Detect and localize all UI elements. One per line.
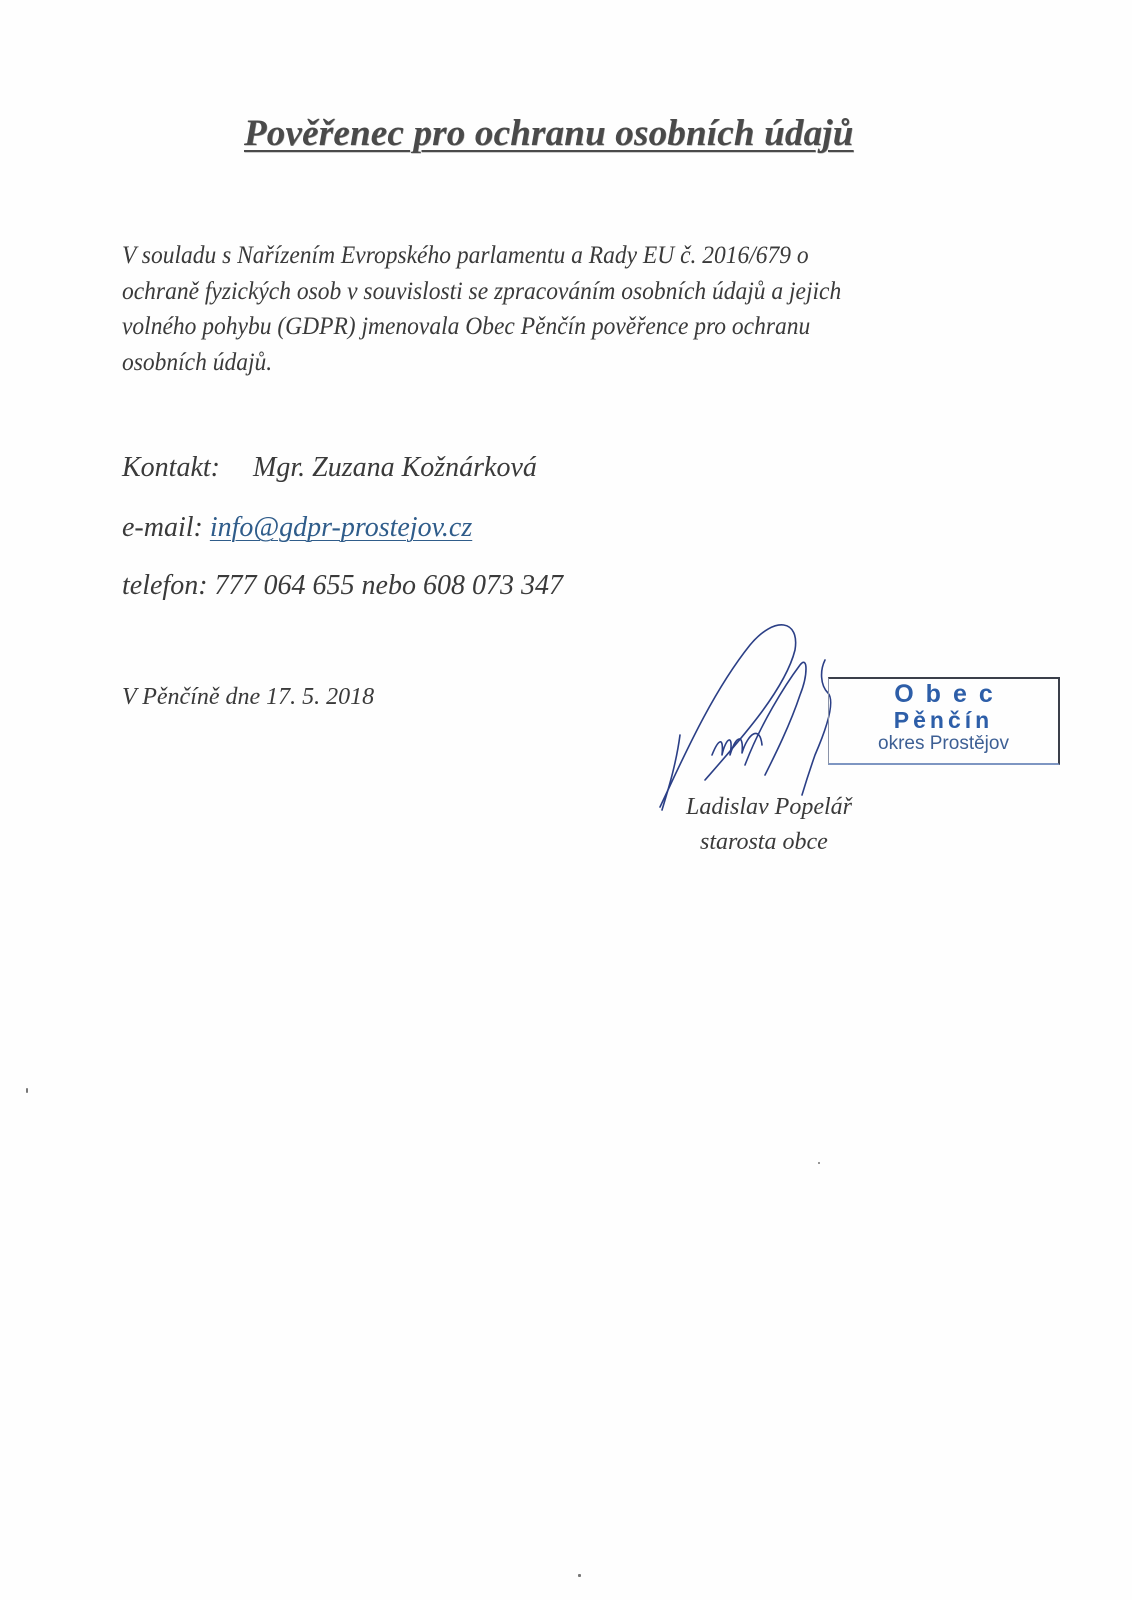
intro-line: V souladu s Nařízením Evropského parlame… xyxy=(122,238,912,274)
scan-speck xyxy=(578,1574,581,1577)
contact-label: Kontakt: xyxy=(122,452,220,483)
signer-role: starosta obce xyxy=(686,825,852,860)
stamp-line-3: okres Prostějov xyxy=(829,733,1058,755)
document-title: Pověřenec pro ochranu osobních údajů xyxy=(244,112,854,155)
stamp-line-2: Pěnčín xyxy=(829,708,1058,733)
email-row: e-mail: info@gdpr-prostejov.cz xyxy=(122,512,472,544)
intro-line: osobních údajů. xyxy=(122,345,912,381)
scan-speck xyxy=(818,1162,820,1164)
phone-row: telefon: 777 064 655 nebo 608 073 347 xyxy=(122,570,563,602)
signer-name: Ladislav Popelář xyxy=(686,794,852,820)
contact-row: Kontakt: Mgr. Zuzana Kožnárková xyxy=(122,452,537,484)
place-date: V Pěnčíně dne 17. 5. 2018 xyxy=(122,684,374,711)
official-stamp: Obec Pěnčín okres Prostějov xyxy=(828,677,1060,765)
intro-line: ochraně fyzických osob v souvislosti se … xyxy=(122,274,912,310)
stamp-line-1: Obec xyxy=(829,681,1058,708)
document-page: Pověřenec pro ochranu osobních údajů V s… xyxy=(0,0,1132,1600)
email-label: e-mail: xyxy=(122,512,203,543)
scan-speck xyxy=(26,1088,28,1093)
intro-paragraph: V souladu s Nařízením Evropského parlame… xyxy=(122,238,912,380)
contact-name: Mgr. Zuzana Kožnárková xyxy=(253,452,537,483)
signer-block: Ladislav Popelář starosta obce xyxy=(686,790,852,860)
intro-line: volného pohybu (GDPR) jmenovala Obec Pěn… xyxy=(122,309,912,345)
email-link[interactable]: info@gdpr-prostejov.cz xyxy=(210,512,472,543)
